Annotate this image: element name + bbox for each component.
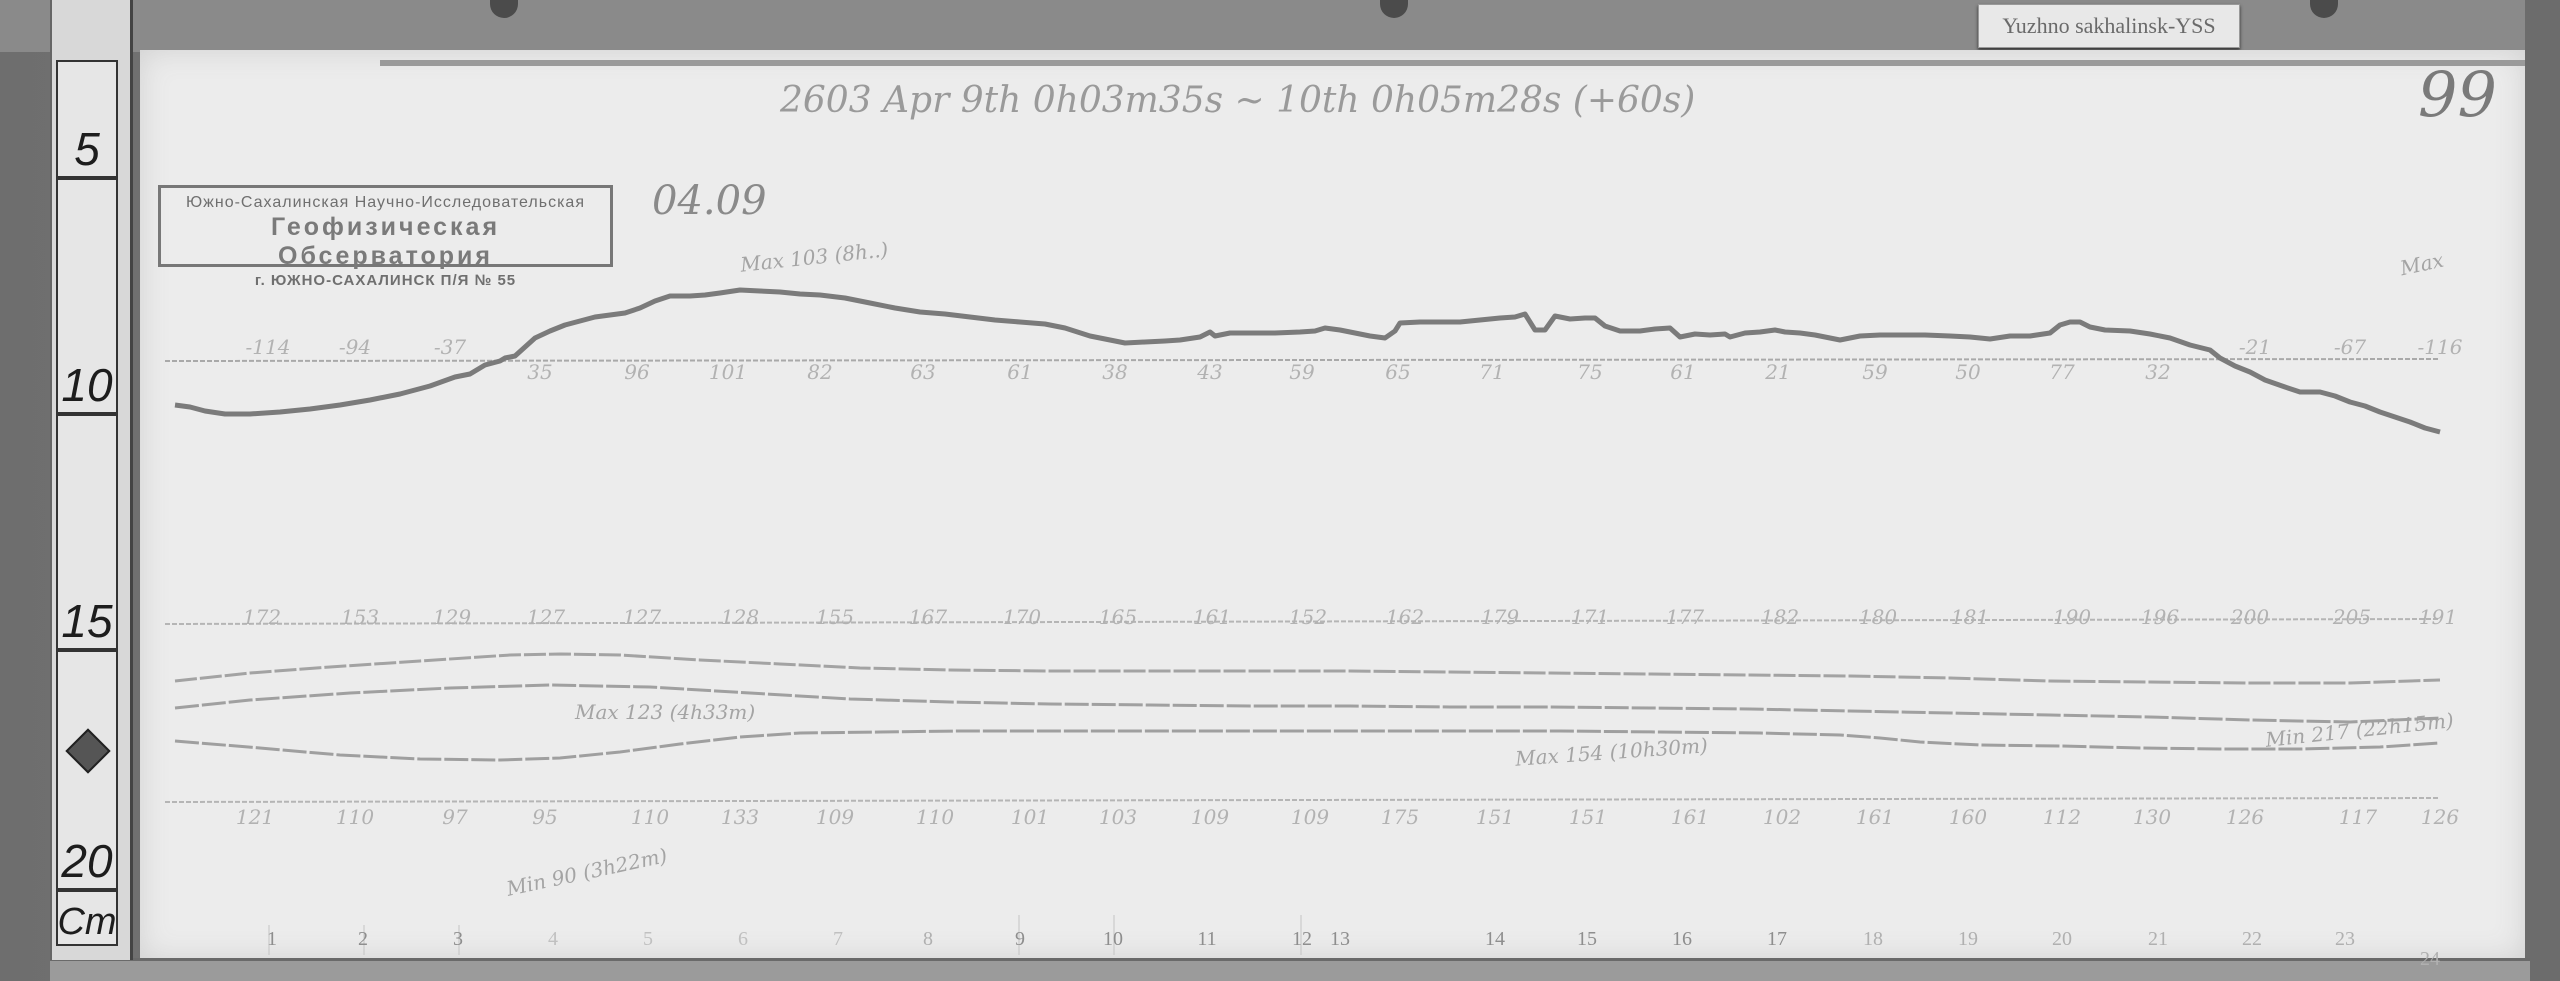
baseline-bottom	[165, 798, 2440, 802]
hour-label: 19	[1958, 928, 1978, 951]
hour-label: 5	[643, 928, 653, 951]
tick-label: 127	[527, 605, 565, 629]
tick-label: -37	[434, 335, 466, 359]
tick-label: 61	[1670, 360, 1695, 384]
tick-label: 129	[433, 605, 471, 629]
tick-label: 181	[1951, 605, 1989, 629]
trace-bottom	[175, 731, 2440, 760]
hour-label: 11	[1197, 928, 1216, 951]
tick-label: 128	[721, 605, 759, 629]
tick-label: 177	[1666, 605, 1704, 629]
tick-label: 97	[442, 805, 467, 829]
tick-label: 205	[2333, 605, 2371, 629]
hour-label: 1	[267, 928, 277, 951]
tick-label: 109	[1291, 805, 1329, 829]
tick-label: 180	[1859, 605, 1897, 629]
tick-label: 71	[1479, 360, 1504, 384]
tick-label: 160	[1949, 805, 1987, 829]
tick-label: 175	[1381, 805, 1419, 829]
tick-label: 151	[1476, 805, 1514, 829]
tick-label: 65	[1385, 360, 1410, 384]
tick-label: 200	[2231, 605, 2269, 629]
tick-label: 126	[2421, 805, 2459, 829]
hour-label: 21	[2148, 928, 2168, 951]
tick-label: 110	[631, 805, 669, 829]
tick-label: 121	[236, 805, 274, 829]
hour-label: 24	[2420, 948, 2440, 971]
tick-label: 161	[1856, 805, 1894, 829]
tick-label: 152	[1289, 605, 1327, 629]
tick-label: 127	[623, 605, 661, 629]
tick-label: 191	[2419, 605, 2457, 629]
hour-label: 3	[453, 928, 463, 951]
tick-label: -114	[246, 335, 291, 359]
tick-label: 133	[721, 805, 759, 829]
hour-label: 23	[2335, 928, 2355, 951]
tick-label: 171	[1571, 605, 1609, 629]
tick-label: 101	[709, 360, 747, 384]
tick-label: 155	[816, 605, 854, 629]
hour-label: 22	[2242, 928, 2262, 951]
tick-label: 190	[2053, 605, 2091, 629]
trace-middle-2	[175, 685, 2440, 722]
tick-label: 110	[336, 805, 374, 829]
tick-label: 165	[1099, 605, 1137, 629]
hour-label: 20	[2052, 928, 2072, 951]
tick-label: 102	[1763, 805, 1801, 829]
hour-label: 12	[1292, 928, 1312, 951]
tick-label: 179	[1481, 605, 1519, 629]
hour-label: 18	[1863, 928, 1883, 951]
hour-label: 13	[1330, 928, 1350, 951]
tick-label: 77	[2049, 360, 2074, 384]
tick-label: 75	[1577, 360, 1602, 384]
magnetogram-plot	[0, 0, 2560, 981]
tick-label: 101	[1011, 805, 1049, 829]
tick-label: 161	[1671, 805, 1709, 829]
tick-label: 38	[1102, 360, 1127, 384]
tick-label: -116	[2418, 335, 2463, 359]
tick-label: 61	[1007, 360, 1032, 384]
hour-label: 16	[1672, 928, 1692, 951]
trace-middle	[175, 654, 2440, 683]
tick-label: 117	[2339, 805, 2377, 829]
hour-label: 6	[738, 928, 748, 951]
tick-label: 161	[1193, 605, 1231, 629]
tick-label: 182	[1761, 605, 1799, 629]
tick-label: 50	[1955, 360, 1980, 384]
tick-label: 151	[1569, 805, 1607, 829]
tick-label: -21	[2239, 335, 2271, 359]
tick-label: 153	[341, 605, 379, 629]
tick-label: 196	[2141, 605, 2179, 629]
tick-label: 130	[2133, 805, 2171, 829]
tick-label: 21	[1765, 360, 1790, 384]
hour-label: 10	[1103, 928, 1123, 951]
hour-label: 17	[1767, 928, 1787, 951]
hour-tick-marks	[269, 915, 1301, 955]
tick-label: -67	[2334, 335, 2366, 359]
tick-label: 109	[816, 805, 854, 829]
tick-label: 63	[910, 360, 935, 384]
tick-label: 82	[807, 360, 832, 384]
tick-label: 170	[1003, 605, 1041, 629]
tick-label: 103	[1099, 805, 1137, 829]
hour-label: 8	[923, 928, 933, 951]
tick-label: 162	[1386, 605, 1424, 629]
tick-label: 172	[243, 605, 281, 629]
hour-label: 9	[1015, 928, 1025, 951]
tick-label: 109	[1191, 805, 1229, 829]
hour-label: 14	[1485, 928, 1505, 951]
tick-label: 43	[1197, 360, 1222, 384]
hour-label: 7	[833, 928, 843, 951]
tick-label: 32	[2145, 360, 2170, 384]
tick-label: 126	[2226, 805, 2264, 829]
tick-label: 167	[909, 605, 947, 629]
tick-label: 35	[527, 360, 552, 384]
tick-label: 112	[2043, 805, 2081, 829]
tick-label: 59	[1289, 360, 1314, 384]
tick-label: 59	[1862, 360, 1887, 384]
tick-label: 96	[624, 360, 649, 384]
tick-label: 110	[916, 805, 954, 829]
hour-label: 4	[548, 928, 558, 951]
hour-label: 15	[1577, 928, 1597, 951]
tick-label: 95	[532, 805, 557, 829]
tick-label: -94	[339, 335, 371, 359]
hour-label: 2	[358, 928, 368, 951]
